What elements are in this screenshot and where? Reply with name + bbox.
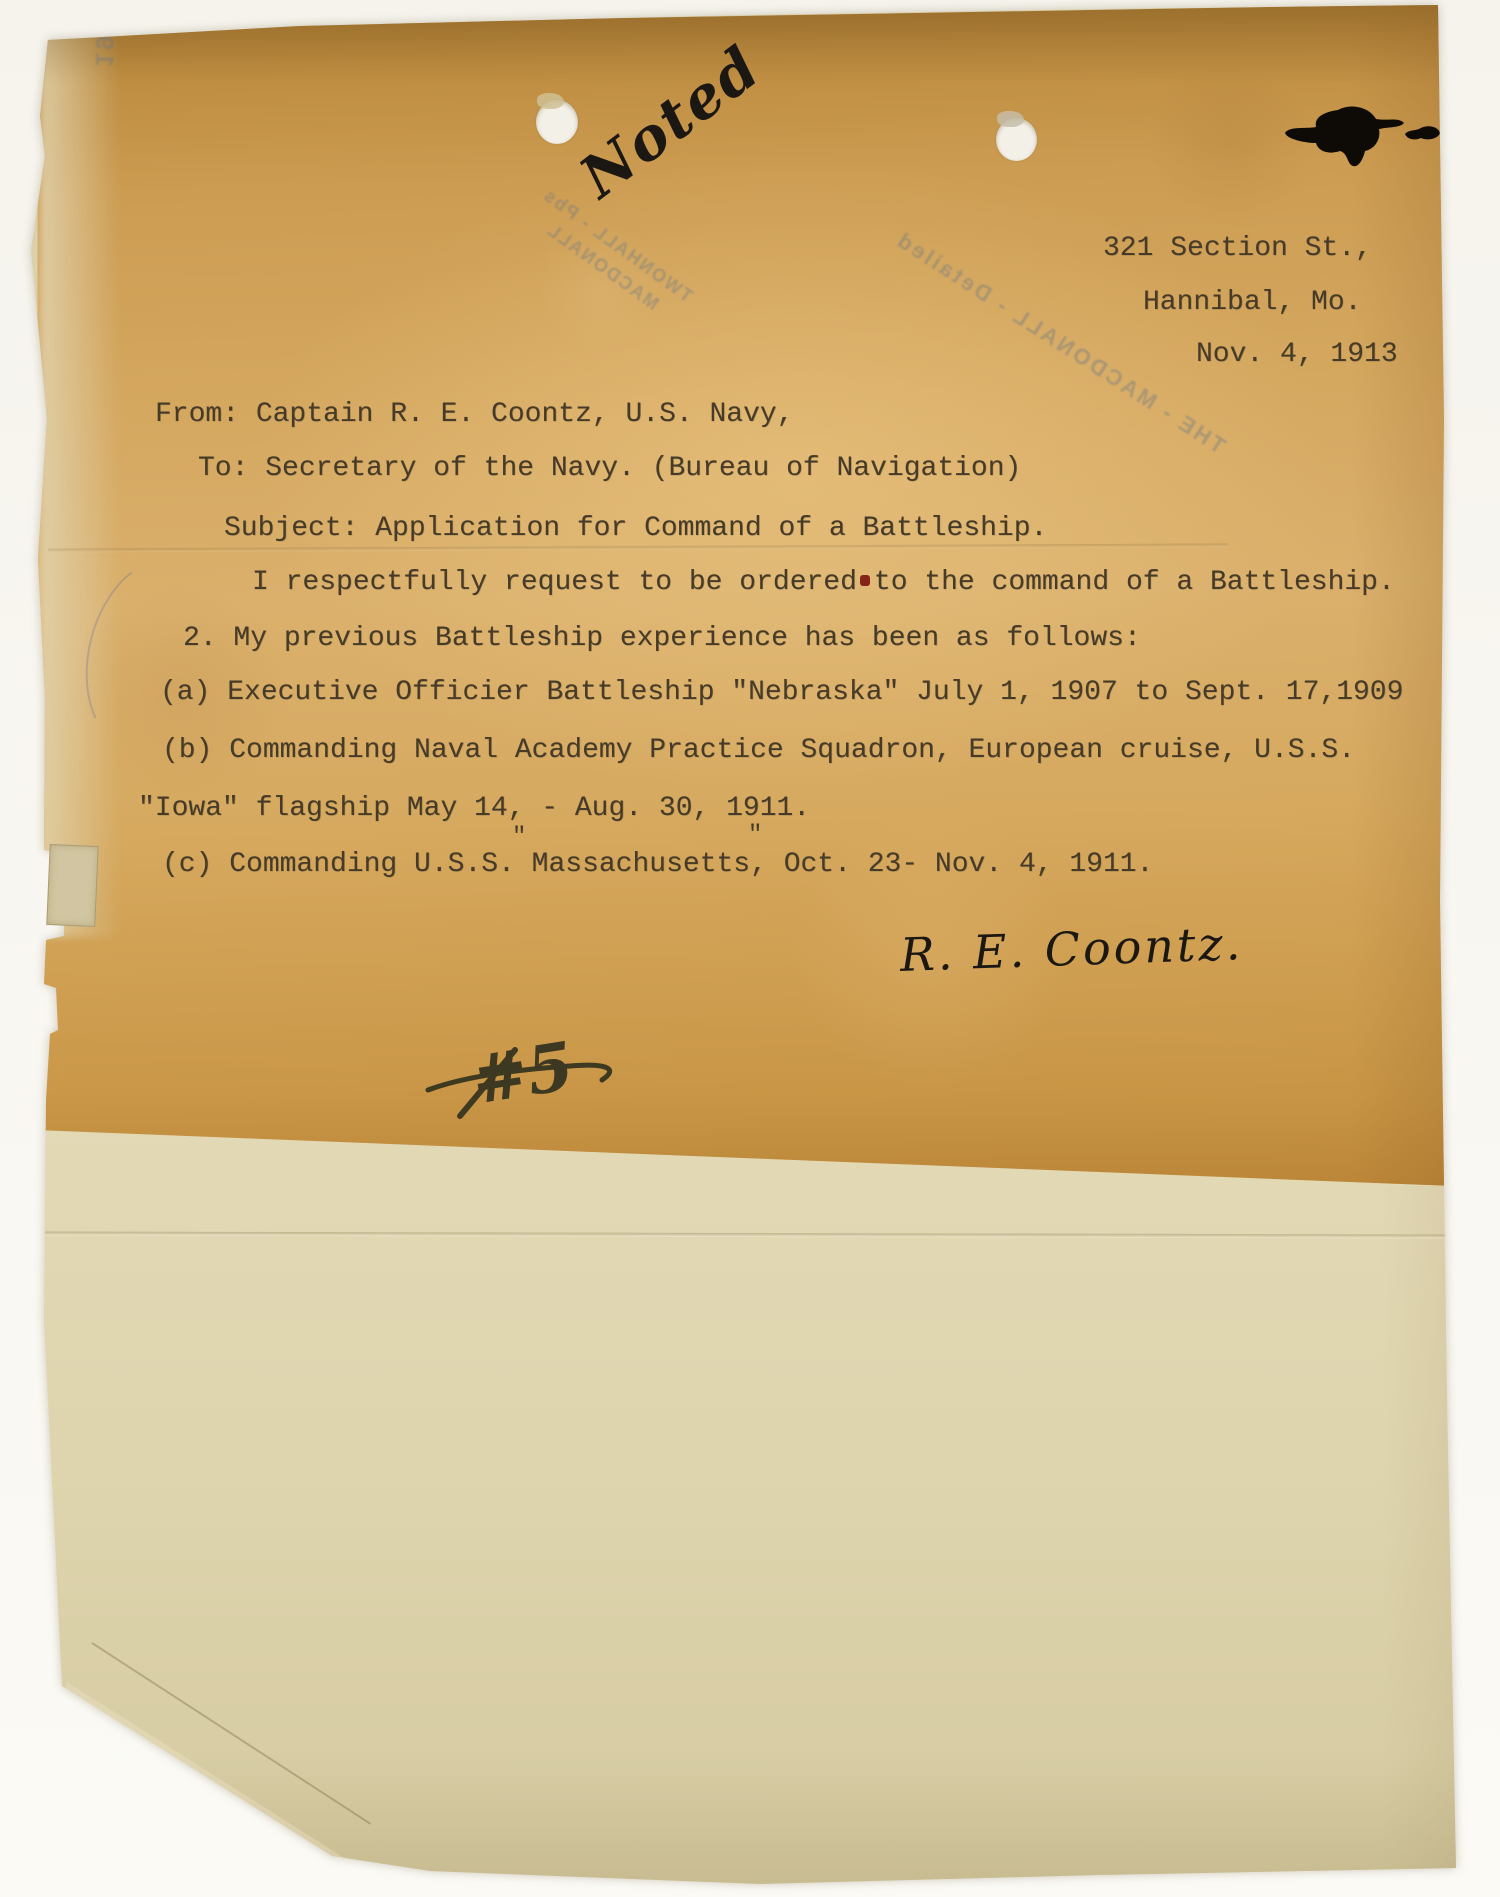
ghost-stamp-date: 1913 NOV 5 AM 11 20 <box>89 0 118 78</box>
from-line: From: Captain R. E. Coontz, U.S. Navy, <box>155 398 794 432</box>
subject-line: Subject: Application for Command of a Ba… <box>224 512 1047 546</box>
red-correction-dot <box>860 575 870 586</box>
body-item-b-continued: "Iowa" flagship May 14, - Aug. 30, 1911. <box>138 792 810 826</box>
edge-repair-tape <box>46 844 98 927</box>
number-mark: #5 <box>420 1028 650 1123</box>
address-line-2: Hannibal, Mo. <box>1143 286 1361 320</box>
ghost-stamp-received: 1913 NOV 5 AM 11 20 41335 <box>33 0 118 78</box>
punch-hole-right <box>996 118 1037 161</box>
ink-blot <box>1276 96 1456 186</box>
body-paragraph-1: I respectfully request to be orderedto t… <box>252 566 1395 600</box>
date-line: Nov. 4, 1913 <box>1196 338 1398 372</box>
lower-paper-vignette <box>0 1186 1500 1897</box>
body-item-b: (b) Commanding Naval Academy Practice Sq… <box>162 734 1355 768</box>
left-edge-light-strip <box>40 32 120 937</box>
body-paragraph-2: 2. My previous Battleship experience has… <box>183 622 1141 656</box>
paper-shadow-wrap: 1913 NOV 5 AM 11 20 41335 TWONHALL - Pbs… <box>0 0 1500 1897</box>
body-item-a: (a) Executive Officier Battleship "Nebra… <box>160 676 1403 710</box>
scanned-document: 1913 NOV 5 AM 11 20 41335 TWONHALL - Pbs… <box>0 0 1500 1897</box>
ghost-stamp-number: 41335 <box>33 0 75 78</box>
body-item-c: (c) Commanding U.S.S. Massachusetts, Oct… <box>162 848 1153 882</box>
inserted-close-quote: " <box>748 822 762 849</box>
letter-paper: 1913 NOV 5 AM 11 20 41335 TWONHALL - Pbs… <box>0 0 1500 1897</box>
address-line-1: 321 Section St., <box>1103 232 1372 266</box>
to-line: To: Secretary of the Navy. (Bureau of Na… <box>198 452 1021 486</box>
inserted-open-quote: " <box>512 824 526 851</box>
punch-hole-left <box>536 100 578 144</box>
